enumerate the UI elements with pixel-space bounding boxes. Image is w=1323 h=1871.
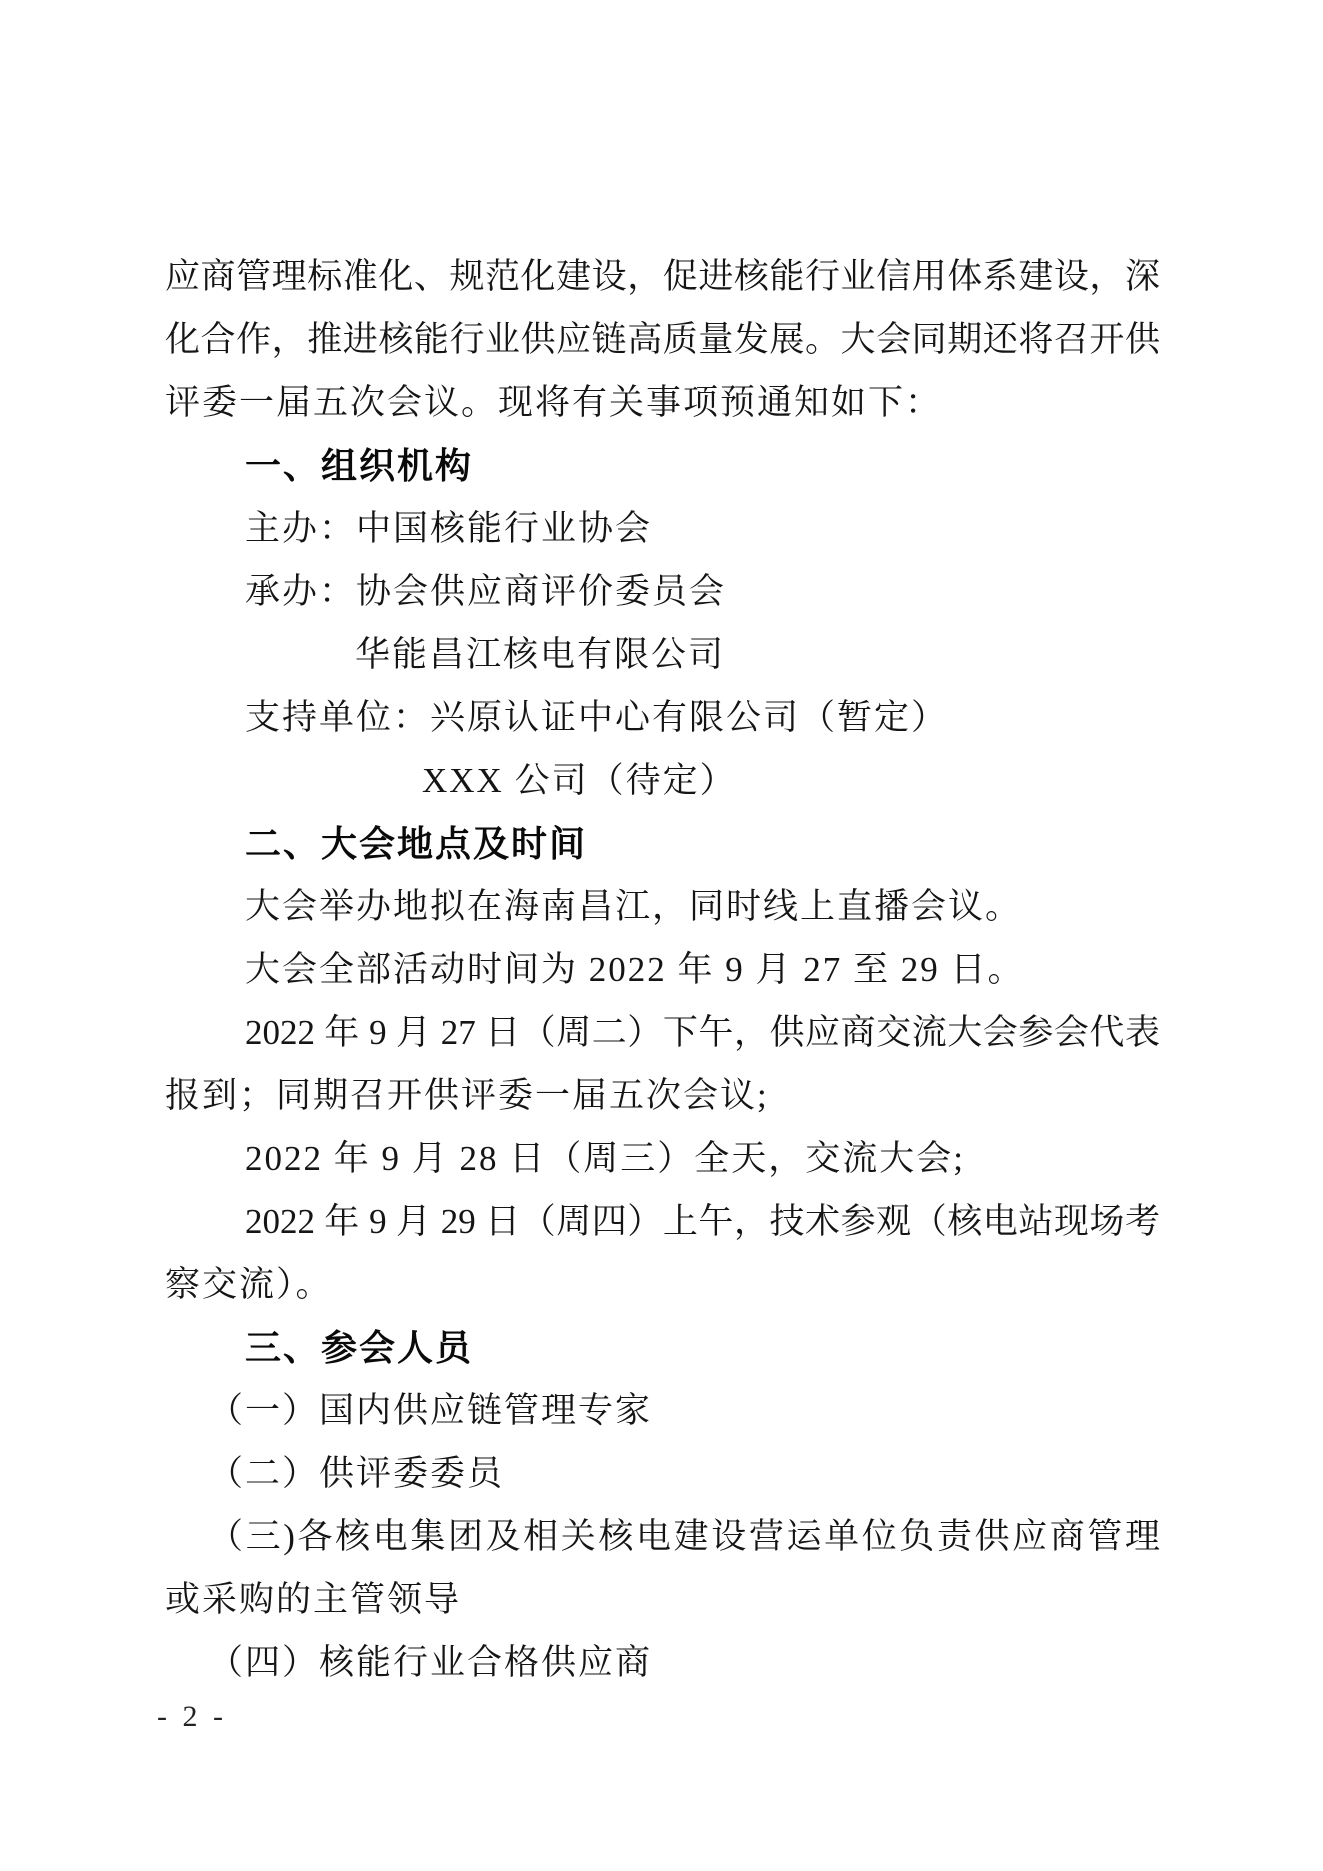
- undertaker-line: 承办：协会供应商评价委员会: [0, 560, 1323, 623]
- schedule-line: 报到；同期召开供评委一届五次会议;: [0, 1064, 1323, 1127]
- body-line: 化合作，推进核能行业供应链高质量发展。大会同期还将召开供: [0, 308, 1160, 371]
- body-line: 应商管理标准化、规范化建设，促进核能行业信用体系建设，深: [0, 245, 1160, 308]
- body-line: 大会举办地拟在海南昌江，同时线上直播会议。: [0, 875, 1323, 938]
- body-line: 评委一届五次会议。现将有关事项预通知如下：: [0, 371, 1323, 434]
- list-item: （三)各核电集团及相关核电建设营运单位负责供应商管理: [0, 1505, 1160, 1568]
- supporter-line-2: XXX 公司（待定）: [0, 749, 1323, 812]
- undertaker-line-2: 华能昌江核电有限公司: [0, 623, 1323, 686]
- list-item-cont: 或采购的主管领导: [0, 1568, 1323, 1631]
- list-item: （二）供评委委员: [0, 1442, 1323, 1505]
- document-page: 应商管理标准化、规范化建设，促进核能行业信用体系建设，深 化合作，推进核能行业供…: [0, 0, 1323, 1871]
- document-body: 应商管理标准化、规范化建设，促进核能行业信用体系建设，深 化合作，推进核能行业供…: [0, 245, 1323, 1694]
- page-number: - 2 -: [157, 1700, 227, 1734]
- supporter-line: 支持单位：兴原认证中心有限公司（暂定）: [0, 686, 1323, 749]
- section-heading-1: 一、组织机构: [0, 434, 1323, 497]
- schedule-line: 2022 年 9 月 28 日（周三）全天，交流大会;: [0, 1127, 1323, 1190]
- body-line: 大会全部活动时间为 2022 年 9 月 27 至 29 日。: [0, 938, 1323, 1001]
- section-heading-3: 三、参会人员: [0, 1316, 1323, 1379]
- schedule-line: 2022 年 9 月 29 日（周四）上午，技术参观（核电站现场考: [0, 1190, 1160, 1253]
- section-heading-2: 二、大会地点及时间: [0, 812, 1323, 875]
- list-item: （四）核能行业合格供应商: [0, 1631, 1323, 1694]
- schedule-line: 察交流）。: [0, 1253, 1323, 1316]
- organizer-line: 主办：中国核能行业协会: [0, 497, 1323, 560]
- schedule-line: 2022 年 9 月 27 日（周二）下午，供应商交流大会参会代表: [0, 1001, 1160, 1064]
- list-item: （一）国内供应链管理专家: [0, 1379, 1323, 1442]
